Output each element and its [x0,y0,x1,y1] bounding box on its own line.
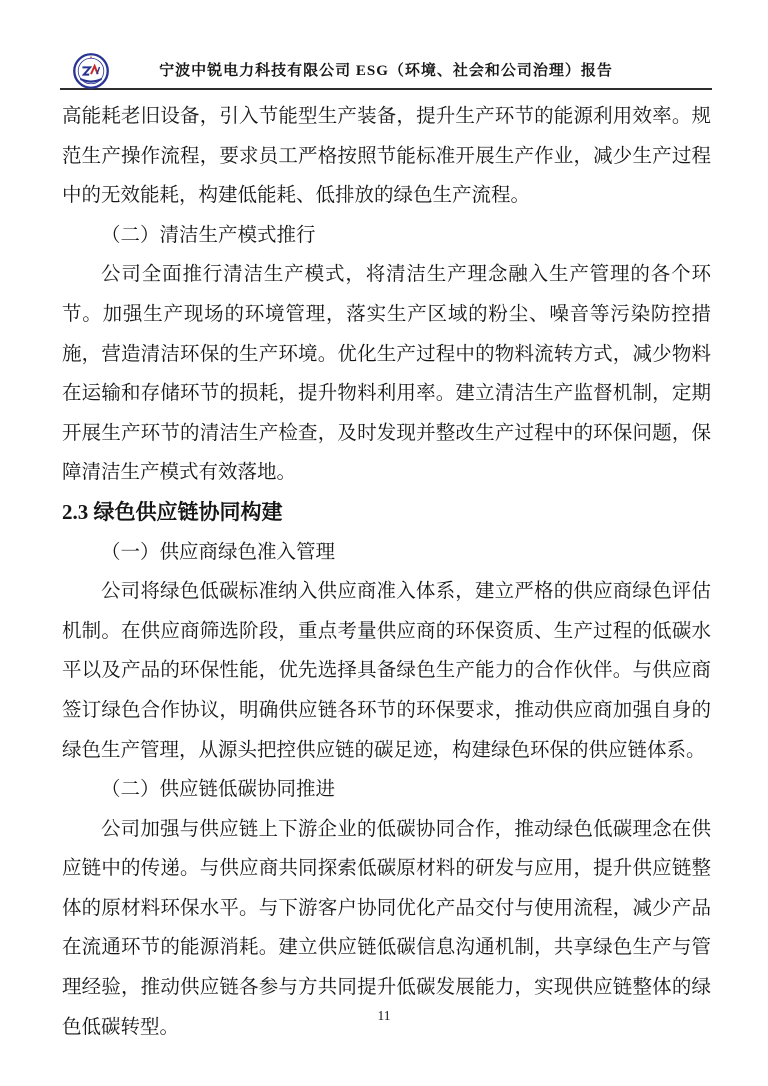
company-logo-icon [73,53,109,89]
page-number: 11 [378,1008,391,1023]
document-body: 高能耗老旧设备，引入节能型生产装备，提升生产环节的能源利用效率。规范生产操作流程… [62,97,711,1047]
page-header: 宁波中锐电力科技有限公司 ESG（环境、社会和公司治理）报告 [60,44,712,90]
paragraph-continuation: 高能耗老旧设备，引入节能型生产装备，提升生产环节的能源利用效率。规范生产操作流程… [62,97,711,216]
page-footer: 11 [0,1008,768,1024]
document-page: 宁波中锐电力科技有限公司 ESG（环境、社会和公司治理）报告 高能耗老旧设备，引… [0,0,768,1086]
section-heading-green-supply-chain: 2.3 绿色供应链协同构建 [62,493,711,533]
subsection-heading-clean-production: （二）清洁生产模式推行 [62,216,711,256]
header-title: 宁波中锐电力科技有限公司 ESG（环境、社会和公司治理）报告 [60,44,712,80]
subsection-heading-low-carbon-synergy: （二）供应链低碳协同推进 [62,770,711,810]
paragraph-supplier-access: 公司将绿色低碳标准纳入供应商准入体系，建立严格的供应商绿色评估机制。在供应商筛选… [62,572,711,770]
subsection-heading-supplier-access: （一）供应商绿色准入管理 [62,533,711,573]
paragraph-clean-production: 公司全面推行清洁生产模式，将清洁生产理念融入生产管理的各个环节。加强生产现场的环… [62,255,711,493]
